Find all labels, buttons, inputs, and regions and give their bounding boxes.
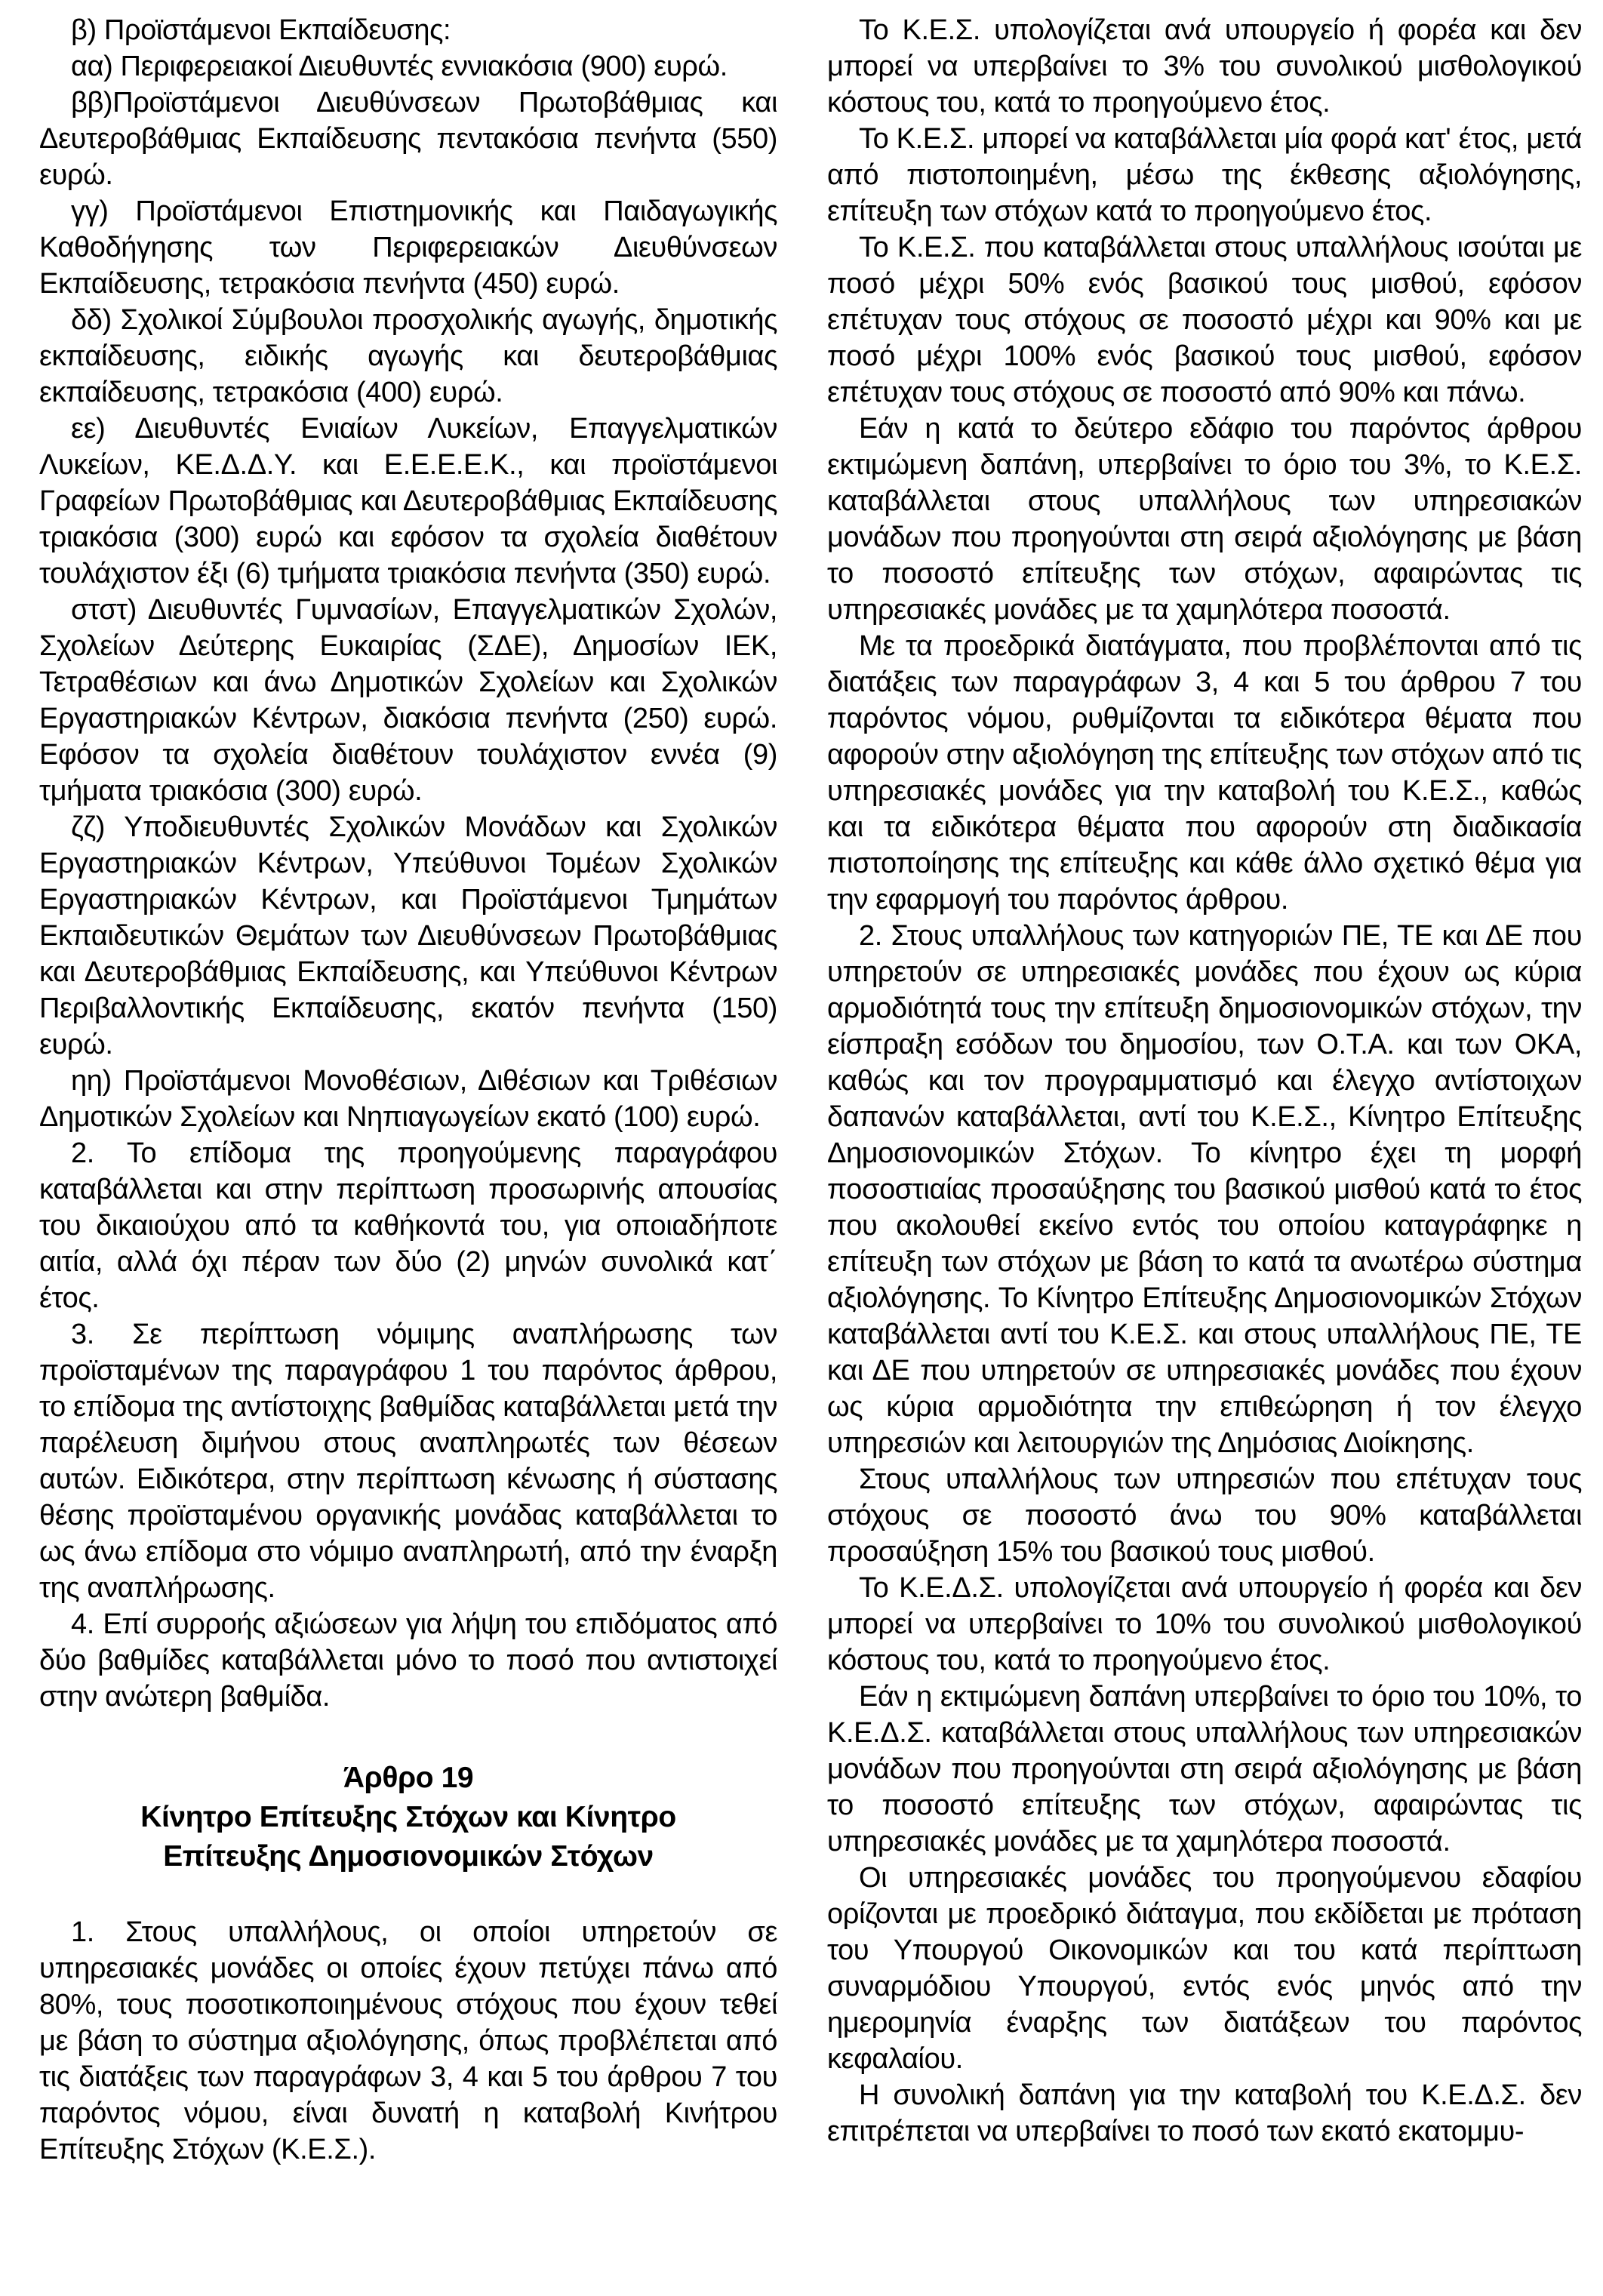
paragraph: Το Κ.Ε.Σ. που καταβάλλεται στους υπαλλήλ… — [827, 229, 1582, 411]
paragraph: Το Κ.Ε.Σ. μπορεί να καταβάλλεται μία φορ… — [827, 121, 1582, 229]
paragraph: δδ) Σχολικοί Σύμβουλοι προσχολικής αγωγή… — [39, 302, 777, 411]
paragraph: Εάν η κατά το δεύτερο εδάφιο του παρόντο… — [827, 411, 1582, 628]
paragraph: 3. Σε περίπτωση νόμιμης αναπλήρωσης των … — [39, 1316, 777, 1606]
paragraph: ηη) Προϊστάμενοι Μονοθέσιων, Διθέσιων κα… — [39, 1063, 777, 1135]
paragraph: Η συνολική δαπάνη για την καταβολή του Κ… — [827, 2077, 1582, 2150]
paragraph: γγ) Προϊστάμενοι Επιστημονικής και Παιδα… — [39, 193, 777, 302]
paragraph: 2. Το επίδομα της προηγούμενης παραγράφο… — [39, 1135, 777, 1316]
paragraph: Με τα προεδρικά διατάγματα, που προβλέπο… — [827, 628, 1582, 918]
document-page: β) Προϊστάμενοι Εκπαίδευσης: αα) Περιφερ… — [0, 0, 1603, 2296]
paragraph: εε) Διευθυντές Ενιαίων Λυκείων, Επαγγελμ… — [39, 411, 777, 592]
article-title-line-1: Κίνητρο Επίτευξης Στόχων και Κίνητρο — [39, 1798, 777, 1837]
paragraph: στστ) Διευθυντές Γυμνασίων, Επαγγελματικ… — [39, 592, 777, 809]
paragraph: Στους υπαλλήλους των υπηρεσιών που επέτυ… — [827, 1461, 1582, 1570]
paragraph: Εάν η εκτιμώμενη δαπάνη υπερβαίνει το όρ… — [827, 1679, 1582, 1860]
article-19-heading: Άρθρο 19 Κίνητρο Επίτευξης Στόχων και Κί… — [39, 1759, 777, 1876]
paragraph: 1. Στους υπαλλήλους, οι οποίοι υπηρετούν… — [39, 1914, 777, 2168]
paragraph: Το Κ.Ε.Σ. υπολογίζεται ανά υπουργείο ή φ… — [827, 12, 1582, 121]
paragraph: 2. Στους υπαλλήλους των κατηγοριών ΠΕ, Τ… — [827, 918, 1582, 1461]
paragraph: Το Κ.Ε.Δ.Σ. υπολογίζεται ανά υπουργείο ή… — [827, 1570, 1582, 1679]
right-column: Το Κ.Ε.Σ. υπολογίζεται ανά υπουργείο ή φ… — [827, 12, 1582, 2296]
paragraph: β) Προϊστάμενοι Εκπαίδευσης: — [39, 12, 777, 48]
paragraph: ββ)Προϊστάμενοι Διευθύνσεων Πρωτοβάθμιας… — [39, 85, 777, 193]
paragraph: Οι υπηρεσιακές μονάδες του προηγούμενου … — [827, 1860, 1582, 2077]
paragraph: ζζ) Υποδιευθυντές Σχολικών Μονάδων και Σ… — [39, 809, 777, 1063]
paragraph: αα) Περιφερειακοί Διευθυντές εννιακόσια … — [39, 48, 777, 85]
left-column: β) Προϊστάμενοι Εκπαίδευσης: αα) Περιφερ… — [39, 12, 777, 2296]
paragraph: 4. Επί συρροής αξιώσεων για λήψη του επι… — [39, 1606, 777, 1715]
article-number: Άρθρο 19 — [39, 1759, 777, 1798]
article-title-line-2: Επίτευξης Δημοσιονομικών Στόχων — [39, 1837, 777, 1876]
